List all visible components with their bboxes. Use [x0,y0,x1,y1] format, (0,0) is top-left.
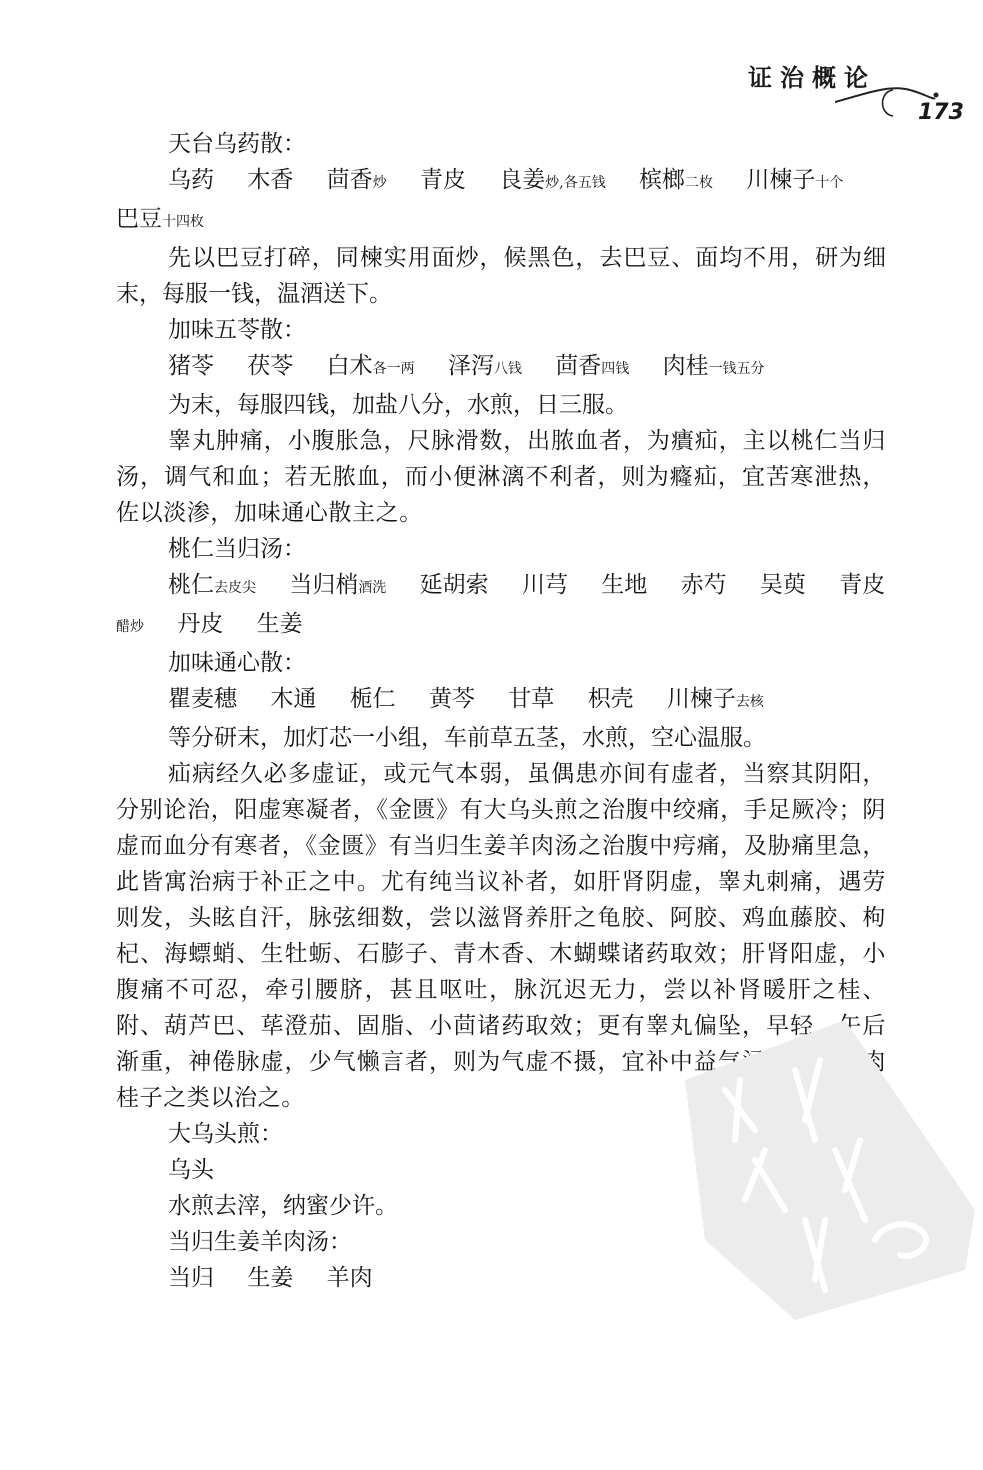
herb-item: 良姜炒,各五钱 [499,167,605,193]
herb-list-danggui: 当归 生姜 羊肉 [116,1260,886,1296]
paragraph-deficiency-hernia: 疝病经久必多虚证，或元气本弱，虽偶患亦间有虚者，当察其阴阳，分别论治，阳虚寒凝者… [116,756,886,1116]
herb-item: 当归梢酒洗 [289,572,386,598]
formula-title-danggui: 当归生姜羊肉汤： [116,1224,886,1260]
formula-title-tongxin: 加味通心散： [116,645,886,681]
herb-item: 青皮 [420,167,466,193]
method-tongxin: 等分研末，加灯芯一小组，车前草五茎，水煎，空心温服。 [116,720,886,756]
herb-list-wutou: 乌头 [116,1152,886,1188]
herb-item: 羊肉 [327,1265,373,1291]
method-tiantai: 先以巴豆打碎，同楝实用面炒，候黑色，去巴豆、面均不用，研为细末，每服一钱，温酒送… [116,240,886,312]
page-body: 天台乌药散： 乌药 木香 茴香炒 青皮 良姜炒,各五钱 槟榔二枚 川楝子十个 巴… [116,126,886,1296]
herb-list-tiantai: 乌药 木香 茴香炒 青皮 良姜炒,各五钱 槟榔二枚 川楝子十个 巴豆十四枚 [116,162,886,240]
herb-item: 巴豆十四枚 [116,206,204,232]
paragraph-testicular-swelling: 睾丸肿痛，小腹胀急，尺脉滑数，出脓血者，为㿉疝，主以桃仁当归汤，调气和血；若无脓… [116,423,886,531]
herb-item: 茴香炒 [327,167,387,193]
herb-item: 栀仁 [350,686,396,712]
herb-item: 肉桂一钱五分 [663,353,765,379]
herb-item: 桃仁去皮尖 [168,572,256,598]
herb-item: 川楝子十个 [746,167,843,193]
herb-item: 赤芍 [681,572,727,598]
herb-item: 木香 [247,167,293,193]
herb-item: 木通 [270,686,316,712]
formula-title-taoren: 桃仁当归汤： [116,531,886,567]
herb-item: 白术各一两 [327,353,415,379]
herb-item: 猪苓 [168,353,214,379]
herb-list-taoren: 桃仁去皮尖 当归梢酒洗 延胡索 川芎 生地 赤芍 吴萸 青皮醋炒 丹皮 生姜 [116,567,886,645]
method-wuling: 为末，每服四钱，加盐八分，水煎，日三服。 [116,387,886,423]
herb-item: 延胡索 [420,572,489,598]
herb-item: 甘草 [508,686,554,712]
herb-item: 川楝子去核 [667,686,764,712]
herb-item: 当归 [168,1265,214,1291]
herb-item: 黄芩 [429,686,475,712]
herb-item: 川芎 [522,572,568,598]
herb-item: 茯苓 [247,353,293,379]
herb-item: 槟榔二枚 [639,167,713,193]
method-wutou: 水煎去滓，纳蜜少许。 [116,1188,886,1224]
herb-item: 茴香四钱 [555,353,629,379]
herb-list-tongxin: 瞿麦穗 木通 栀仁 黄芩 甘草 枳壳 川楝子去核 [116,681,886,720]
herb-item: 瞿麦穗 [168,686,237,712]
formula-title-tiantai: 天台乌药散： [116,126,886,162]
herb-item: 生地 [601,572,647,598]
herb-item: 泽泻八钱 [448,353,522,379]
herb-item: 吴萸 [760,572,806,598]
page-number: 173 [918,100,964,125]
herb-item: 丹皮 [177,611,223,637]
formula-title-wutou: 大乌头煎： [116,1116,886,1152]
herb-list-wuling: 猪苓 茯苓 白术各一两 泽泻八钱 茴香四钱 肉桂一钱五分 [116,348,886,387]
herb-item: 乌药 [168,167,214,193]
herb-item: 生姜 [247,1265,293,1291]
herb-item: 生姜 [257,611,303,637]
herb-item: 枳壳 [588,686,634,712]
formula-title-wuling: 加味五苓散： [116,312,886,348]
